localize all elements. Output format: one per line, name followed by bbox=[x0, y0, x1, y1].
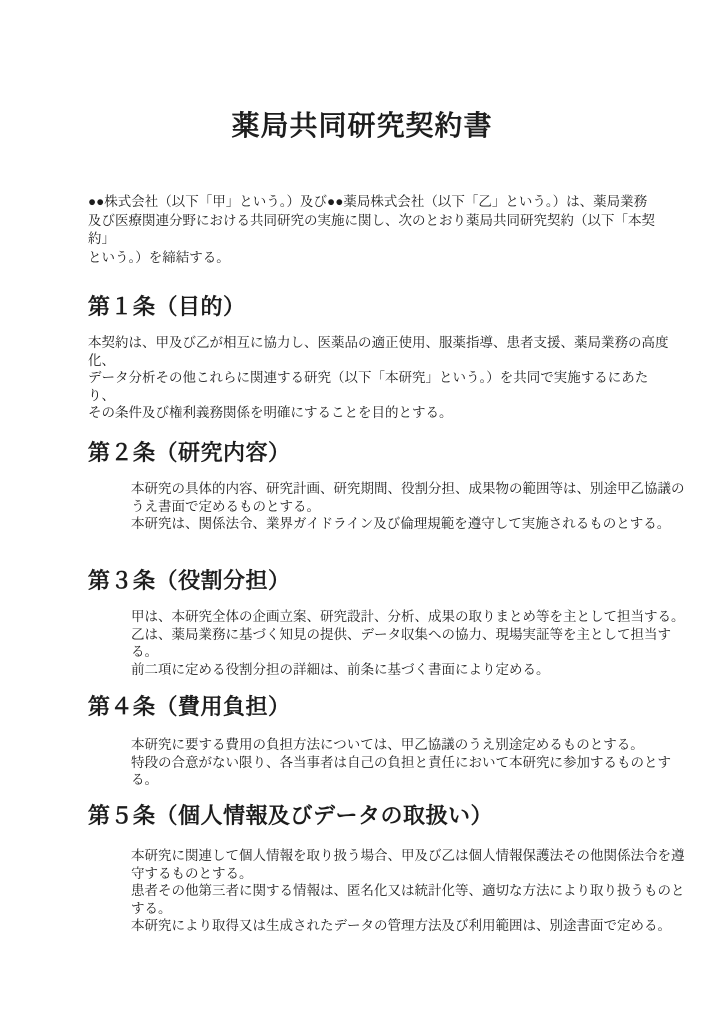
section-2-heading: 第２条（研究内容） bbox=[88, 439, 291, 466]
section-1-heading: 第１条（目的） bbox=[88, 293, 246, 320]
document-title: 薬局共同研究契約書 bbox=[0, 106, 724, 146]
intro-paragraph: ●●株式会社（以下「甲」という。）及び●●薬局株式会社（以下「乙」という。）は、… bbox=[88, 193, 668, 267]
section-5-body: 本研究に関連して個人情報を取り扱う場合、甲及び乙は個人情報保護法その他関係法令を… bbox=[131, 847, 691, 935]
section-3-body: 甲は、本研究全体の企画立案、研究設計、分析、成果の取りまとめ等を主として担当する… bbox=[131, 608, 691, 678]
section-2-body: 本研究の具体的内容、研究計画、研究期間、役割分担、成果物の範囲等は、別途甲乙協議… bbox=[131, 480, 691, 533]
section-4-heading: 第４条（費用負担） bbox=[88, 693, 291, 720]
section-4-body: 本研究に要する費用の負担方法については、甲乙協議のうえ別途定めるものとする。 特… bbox=[131, 736, 691, 789]
section-5-heading: 第５条（個人情報及びデータの取扱い） bbox=[88, 802, 493, 829]
section-3-heading: 第３条（役割分担） bbox=[88, 567, 291, 594]
document-page: 薬局共同研究契約書 ●●株式会社（以下「甲」という。）及び●●薬局株式会社（以下… bbox=[0, 0, 724, 1024]
section-1-body: 本契約は、甲及び乙が相互に協力し、医薬品の適正使用、服薬指導、患者支援、薬局業務… bbox=[88, 334, 673, 422]
